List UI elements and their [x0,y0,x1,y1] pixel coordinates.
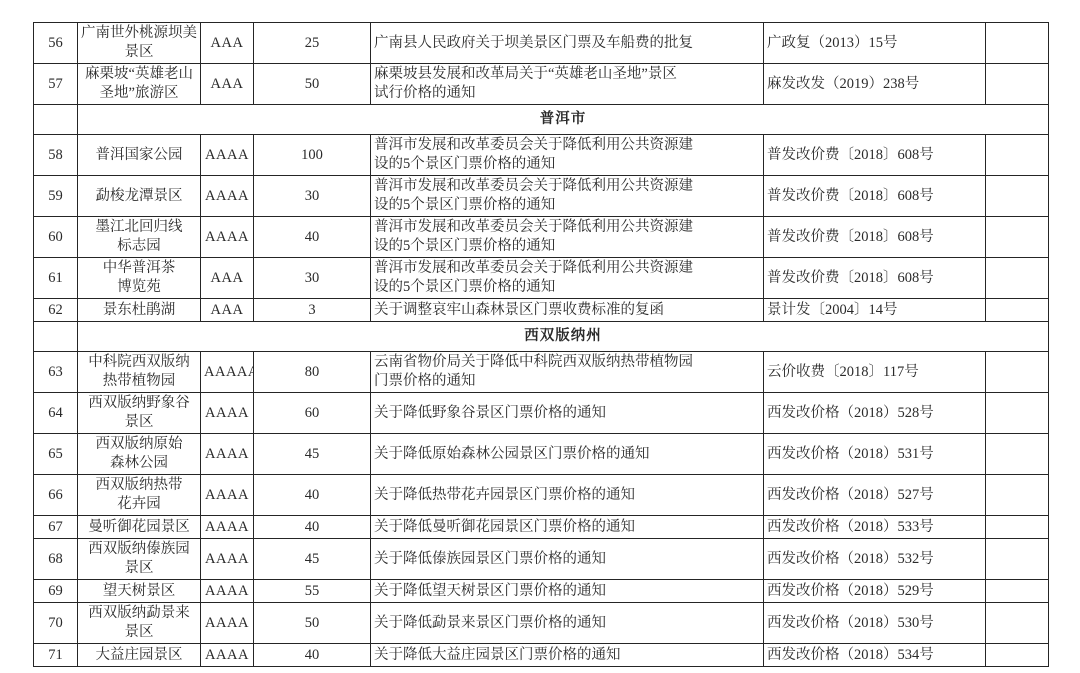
section-header-row: 西双版纳州 [34,322,1049,352]
blank-cell [986,176,1049,217]
scenic-area-name: 西双版纳热带 花卉园 [78,475,201,516]
ticket-price: 40 [254,475,371,516]
blank-cell [986,135,1049,176]
row-number: 71 [34,644,78,667]
table-row: 59 勐梭龙潭景区 AAAA 30 普洱市发展和改革委员会关于降低利用公共资源建… [34,176,1049,217]
policy-doc-number: 云价收费〔2018〕117号 [764,352,986,393]
scenic-area-rating: AAA [201,64,254,105]
row-number: 65 [34,434,78,475]
policy-doc-title: 关于降低望天树景区门票价格的通知 [371,580,764,603]
scenic-area-rating: AAAA [201,580,254,603]
ticket-price: 55 [254,580,371,603]
blank-cell [986,580,1049,603]
table-row: 67 曼听御花园景区 AAAA 40 关于降低曼听御花园景区门票价格的通知 西发… [34,516,1049,539]
blank-cell [986,475,1049,516]
blank-cell [986,258,1049,299]
blank-cell [986,644,1049,667]
scenic-area-name: 西双版纳傣族园 景区 [78,539,201,580]
policy-doc-number: 西发改价格（2018）534号 [764,644,986,667]
table-row: 68 西双版纳傣族园 景区 AAAA 45 关于降低傣族园景区门票价格的通知 西… [34,539,1049,580]
section-empty-cell [34,105,78,135]
policy-doc-number: 西发改价格（2018）529号 [764,580,986,603]
ticket-price: 60 [254,393,371,434]
scenic-area-rating: AAAA [201,393,254,434]
scenic-area-rating: AAAA [201,135,254,176]
scenic-area-rating: AAAA [201,176,254,217]
scenic-area-name: 西双版纳野象谷 景区 [78,393,201,434]
scenic-area-name: 中华普洱茶 博览苑 [78,258,201,299]
policy-doc-title: 普洱市发展和改革委员会关于降低利用公共资源建 设的5个景区门票价格的通知 [371,217,764,258]
section-header-row: 普洱市 [34,105,1049,135]
policy-doc-title: 关于降低热带花卉园景区门票价格的通知 [371,475,764,516]
policy-doc-number: 西发改价格（2018）531号 [764,434,986,475]
section-empty-cell [34,322,78,352]
scenic-area-name: 广南世外桃源坝美 景区 [78,23,201,64]
policy-doc-number: 普发改价费〔2018〕608号 [764,217,986,258]
policy-doc-title: 普洱市发展和改革委员会关于降低利用公共资源建 设的5个景区门票价格的通知 [371,176,764,217]
scenic-area-name: 中科院西双版纳 热带植物园 [78,352,201,393]
row-number: 66 [34,475,78,516]
policy-doc-number: 普发改价费〔2018〕608号 [764,176,986,217]
scenic-area-name: 普洱国家公园 [78,135,201,176]
ticket-price: 30 [254,258,371,299]
ticket-price: 45 [254,434,371,475]
row-number: 67 [34,516,78,539]
policy-doc-number: 麻发改发（2019）238号 [764,64,986,105]
scenic-area-rating: AAAA [201,603,254,644]
scenic-area-rating: AAA [201,299,254,322]
policy-doc-title: 关于降低原始森林公园景区门票价格的通知 [371,434,764,475]
row-number: 69 [34,580,78,603]
scenic-area-name: 大益庄园景区 [78,644,201,667]
policy-doc-title: 广南县人民政府关于坝美景区门票及车船费的批复 [371,23,764,64]
blank-cell [986,603,1049,644]
blank-cell [986,393,1049,434]
scenic-area-name: 西双版纳勐景来 景区 [78,603,201,644]
scenic-area-rating: AAAA [201,644,254,667]
policy-doc-title: 关于降低曼听御花园景区门票价格的通知 [371,516,764,539]
table-row: 69 望天树景区 AAAA 55 关于降低望天树景区门票价格的通知 西发改价格（… [34,580,1049,603]
ticket-price: 80 [254,352,371,393]
policy-doc-title: 普洱市发展和改革委员会关于降低利用公共资源建 设的5个景区门票价格的通知 [371,258,764,299]
blank-cell [986,516,1049,539]
table-row: 56 广南世外桃源坝美 景区 AAA 25 广南县人民政府关于坝美景区门票及车船… [34,23,1049,64]
table-row: 65 西双版纳原始 森林公园 AAAA 45 关于降低原始森林公园景区门票价格的… [34,434,1049,475]
scenic-area-rating: AAAA [201,217,254,258]
scenic-area-name: 望天树景区 [78,580,201,603]
ticket-price: 30 [254,176,371,217]
scenic-area-rating: AAAA [201,434,254,475]
policy-doc-title: 关于降低傣族园景区门票价格的通知 [371,539,764,580]
policy-doc-number: 广政复（2013）15号 [764,23,986,64]
table-row: 66 西双版纳热带 花卉园 AAAA 40 关于降低热带花卉园景区门票价格的通知… [34,475,1049,516]
row-number: 70 [34,603,78,644]
row-number: 60 [34,217,78,258]
table-row: 71 大益庄园景区 AAAA 40 关于降低大益庄园景区门票价格的通知 西发改价… [34,644,1049,667]
table-body: 56 广南世外桃源坝美 景区 AAA 25 广南县人民政府关于坝美景区门票及车船… [34,23,1049,667]
scenic-area-name: 墨江北回归线 标志园 [78,217,201,258]
scenic-area-name: 曼听御花园景区 [78,516,201,539]
blank-cell [986,352,1049,393]
row-number: 59 [34,176,78,217]
scenic-area-rating: AAAAA [201,352,254,393]
table-row: 63 中科院西双版纳 热带植物园 AAAAA 80 云南省物价局关于降低中科院西… [34,352,1049,393]
ticket-price: 50 [254,603,371,644]
policy-doc-number: 西发改价格（2018）527号 [764,475,986,516]
policy-doc-number: 西发改价格（2018）533号 [764,516,986,539]
section-header-label: 普洱市 [78,105,1049,135]
ticket-price: 40 [254,644,371,667]
scenic-area-name: 景东杜鹃湖 [78,299,201,322]
row-number: 58 [34,135,78,176]
policy-doc-title: 普洱市发展和改革委员会关于降低利用公共资源建 设的5个景区门票价格的通知 [371,135,764,176]
policy-doc-number: 普发改价费〔2018〕608号 [764,135,986,176]
row-number: 56 [34,23,78,64]
row-number: 57 [34,64,78,105]
row-number: 64 [34,393,78,434]
blank-cell [986,23,1049,64]
scenic-area-rating: AAAA [201,475,254,516]
row-number: 62 [34,299,78,322]
blank-cell [986,539,1049,580]
row-number: 63 [34,352,78,393]
scanned-document-page: 56 广南世外桃源坝美 景区 AAA 25 广南县人民政府关于坝美景区门票及车船… [0,0,1080,673]
policy-doc-number: 普发改价费〔2018〕608号 [764,258,986,299]
scenic-area-name: 西双版纳原始 森林公园 [78,434,201,475]
scenic-area-rating: AAAA [201,516,254,539]
policy-doc-number: 西发改价格（2018）528号 [764,393,986,434]
row-number: 68 [34,539,78,580]
table-row: 58 普洱国家公园 AAAA 100 普洱市发展和改革委员会关于降低利用公共资源… [34,135,1049,176]
policy-doc-title: 关于调整哀牢山森林景区门票收费标准的复函 [371,299,764,322]
policy-doc-title: 麻栗坡县发展和改革局关于“英雄老山圣地”景区 试行价格的通知 [371,64,764,105]
ticket-price: 50 [254,64,371,105]
policy-doc-title: 关于降低野象谷景区门票价格的通知 [371,393,764,434]
row-number: 61 [34,258,78,299]
policy-doc-number: 西发改价格（2018）530号 [764,603,986,644]
table-row: 64 西双版纳野象谷 景区 AAAA 60 关于降低野象谷景区门票价格的通知 西… [34,393,1049,434]
scenic-area-rating: AAAA [201,539,254,580]
policy-doc-title: 关于降低大益庄园景区门票价格的通知 [371,644,764,667]
ticket-price: 3 [254,299,371,322]
policy-doc-number: 西发改价格（2018）532号 [764,539,986,580]
ticket-price: 40 [254,516,371,539]
ticket-price: 25 [254,23,371,64]
policy-doc-title: 云南省物价局关于降低中科院西双版纳热带植物园 门票价格的通知 [371,352,764,393]
scenic-area-ticket-price-table: 56 广南世外桃源坝美 景区 AAA 25 广南县人民政府关于坝美景区门票及车船… [33,22,1049,667]
table-row: 60 墨江北回归线 标志园 AAAA 40 普洱市发展和改革委员会关于降低利用公… [34,217,1049,258]
blank-cell [986,299,1049,322]
blank-cell [986,434,1049,475]
section-header-label: 西双版纳州 [78,322,1049,352]
blank-cell [986,217,1049,258]
ticket-price: 40 [254,217,371,258]
table-row: 70 西双版纳勐景来 景区 AAAA 50 关于降低勐景来景区门票价格的通知 西… [34,603,1049,644]
table-row: 57 麻栗坡“英雄老山 圣地”旅游区 AAA 50 麻栗坡县发展和改革局关于“英… [34,64,1049,105]
scenic-area-name: 勐梭龙潭景区 [78,176,201,217]
ticket-price: 100 [254,135,371,176]
blank-cell [986,64,1049,105]
scenic-area-name: 麻栗坡“英雄老山 圣地”旅游区 [78,64,201,105]
table-row: 62 景东杜鹃湖 AAA 3 关于调整哀牢山森林景区门票收费标准的复函 景计发〔… [34,299,1049,322]
ticket-price: 45 [254,539,371,580]
policy-doc-number: 景计发〔2004〕14号 [764,299,986,322]
table-row: 61 中华普洱茶 博览苑 AAA 30 普洱市发展和改革委员会关于降低利用公共资… [34,258,1049,299]
scenic-area-rating: AAA [201,23,254,64]
scenic-area-rating: AAA [201,258,254,299]
policy-doc-title: 关于降低勐景来景区门票价格的通知 [371,603,764,644]
